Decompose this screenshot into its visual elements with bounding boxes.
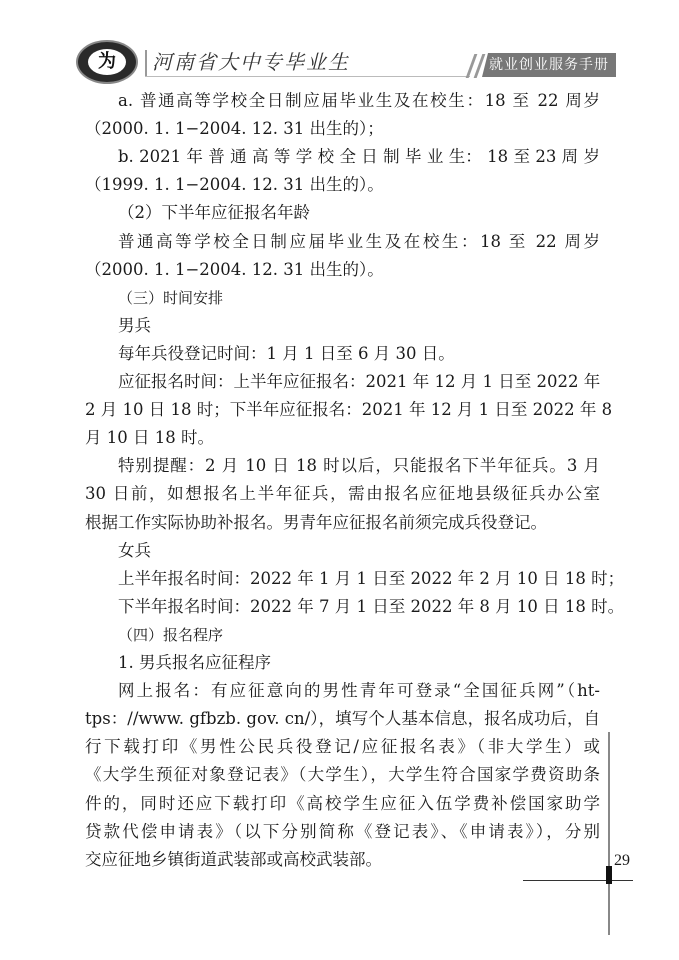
section-heading: （三）时间安排 [118, 284, 600, 312]
text-line: tps：//www. gfbzb. gov. cn/），填写个人基本信息，报名成… [85, 705, 600, 733]
text-line: 《大学生预征对象登记表》（大学生），大学生符合国家学费资助条 [85, 761, 600, 789]
text-line: 每年兵役登记时间：1 月 1 日至 6 月 30 日。 [118, 340, 600, 368]
text-line: （2000. 1. 1−2004. 12. 31 出生的）； [85, 115, 600, 143]
section-heading: （四）报名程序 [118, 621, 600, 649]
text-line: 30 日前，如想报名上半年征兵，需由报名应征地县级征兵办公室 [85, 480, 600, 508]
text-line: （1999. 1. 1−2004. 12. 31 出生的）。 [85, 171, 600, 199]
page-header: 为 河南省大中专毕业生 就业创业服务手册 [0, 0, 679, 90]
text-line: 应征报名时间：上半年应征报名：2021 年 12 月 1 日至 2022 年 [118, 368, 600, 396]
text-line: 交应征地乡镇街道武装部或高校武装部。 [85, 846, 600, 874]
text-line: 月 10 日 18 时。 [85, 424, 600, 452]
footer-horizontal-rule [523, 880, 633, 881]
text-line: 普通高等学校全日制应届毕业生及在校生：18 至 22 周岁 [118, 228, 600, 256]
text-line: 根据工作实际协助补报名。男青年应征报名前须完成兵役登记。 [85, 509, 600, 537]
header-separator [145, 50, 147, 76]
text-line: 行下载打印《男性公民兵役登记/应征报名表》（非大学生）或 [85, 733, 600, 761]
text-line: 贷款代偿申请表》（以下分别简称《登记表》、《申请表》），分别 [85, 818, 600, 846]
text-line: 男兵 [118, 312, 600, 340]
text-line: 1. 男兵报名应征程序 [118, 649, 600, 677]
text-line: 特别提醒：2 月 10 日 18 时以后，只能报名下半年征兵。3 月 [118, 452, 600, 480]
text-line: 2 月 10 日 18 时；下半年应征报名：2021 年 12 月 1 日至 2… [85, 396, 600, 424]
text-line: 下半年报名时间：2022 年 7 月 1 日至 2022 年 8 月 10 日 … [118, 593, 600, 621]
header-title: 河南省大中专毕业生 [152, 48, 350, 76]
text-line: 上半年报名时间：2022 年 1 月 1 日至 2022 年 2 月 10 日 … [118, 565, 600, 593]
text-line: 件的，同时还应下载打印《高校学生应征入伍学费补偿国家助学 [85, 790, 600, 818]
text-line: （2000. 1. 1−2004. 12. 31 出生的）。 [85, 256, 600, 284]
text-line: 女兵 [118, 537, 600, 565]
logo-glyph: 为 [88, 49, 126, 75]
page-number: 29 [614, 852, 630, 870]
text-line: a. 普通高等学校全日制应届毕业生及在校生：18 至 22 周岁 [118, 87, 600, 115]
header-rule [145, 76, 470, 77]
margin-vertical-rule [608, 732, 610, 935]
logo-emblem-icon: 为 [76, 40, 138, 84]
page-marker [606, 866, 612, 884]
text-line: 网上报名：有应征意向的男性青年可登录“全国征兵网”（ht- [118, 677, 600, 705]
header-badge: 就业创业服务手册 [482, 53, 616, 77]
text-line: b. 2021 年 普 通 高 等 学 校 全 日 制 毕 业 生： 18 至 … [118, 143, 600, 171]
text-line: （2）下半年应征报名年龄 [118, 199, 600, 227]
